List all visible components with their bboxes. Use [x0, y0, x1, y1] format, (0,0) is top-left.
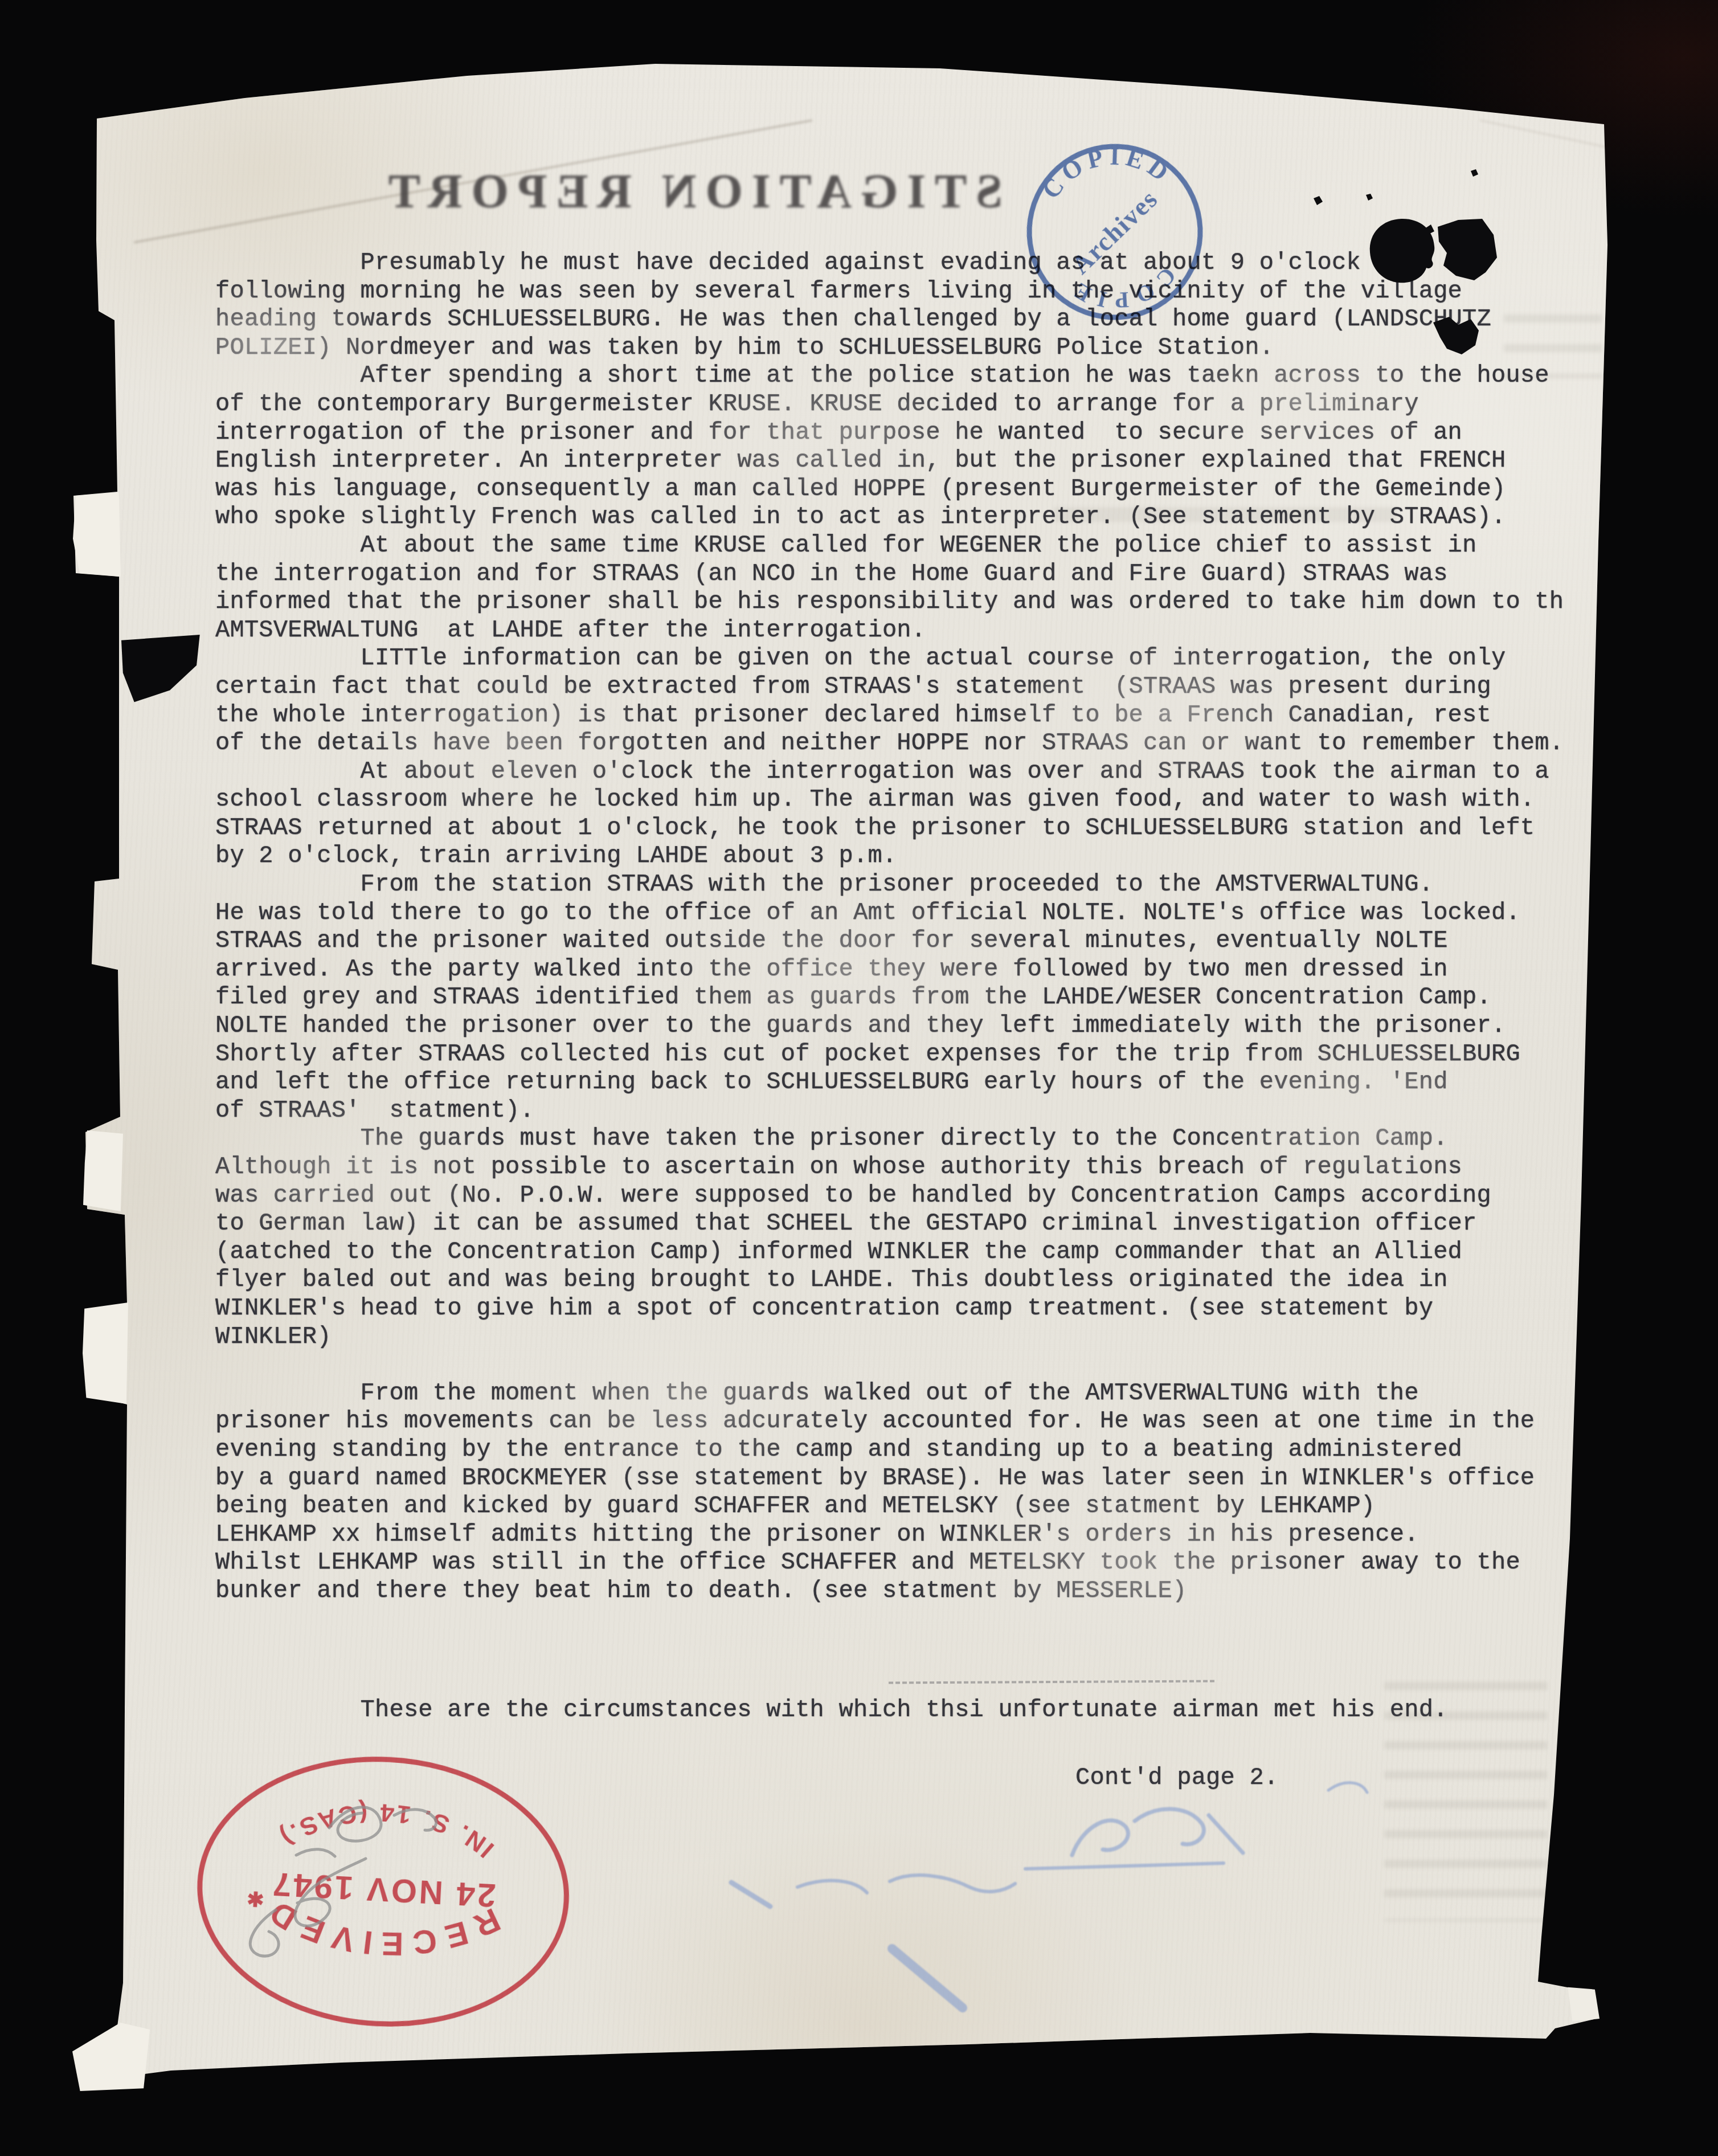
- stamp-star: ✱: [246, 1887, 264, 1912]
- svg-text:IN. S. 14 (CAS.): IN. S. 14 (CAS.): [272, 1792, 501, 1864]
- torn-edge-flap: [72, 2023, 150, 2091]
- report-closing-line: These are the circumstances with which t…: [215, 1696, 1448, 1724]
- copied-archives-stamp: COPIED COPIE Archives: [1009, 126, 1221, 338]
- torn-edge-flap: [73, 492, 121, 577]
- typed-dashed-divider: [889, 1680, 1214, 1684]
- stamp-office-line: IN. S. 14 (CAS.): [272, 1792, 501, 1864]
- continuation-note: Cont'd page 2.: [1075, 1764, 1278, 1791]
- stamp-word-archives: Archives: [1066, 184, 1163, 280]
- report-body-text: Presumably he must have decided against …: [215, 249, 1564, 1606]
- torn-edge-flap: [83, 1130, 123, 1211]
- paper-crease: [1480, 120, 1614, 149]
- bleed-through-title: STIGATION REPORT: [467, 164, 1003, 219]
- received-date-stamp: RECEIVED 24 NOV 1947 IN. S. 14 (CAS.) ✱: [167, 1722, 599, 2051]
- torn-edge-flap: [83, 1302, 128, 1404]
- photo-background: STIGATION REPORT Presumably he must have…: [0, 0, 1718, 2156]
